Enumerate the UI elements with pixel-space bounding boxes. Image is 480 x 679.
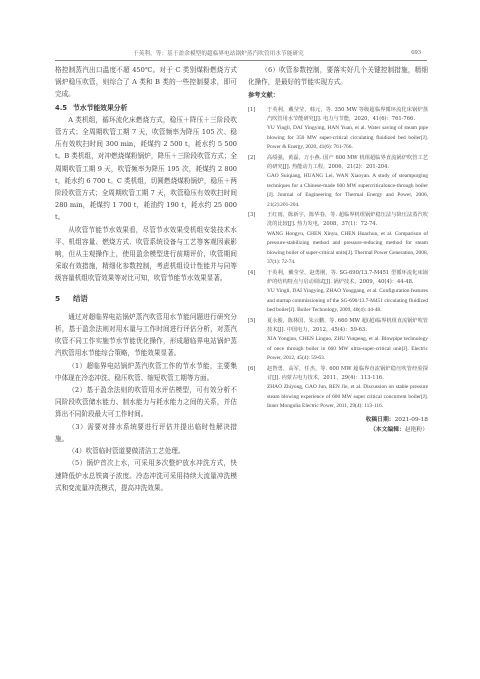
paragraph-units: A 类机组，循环流化床燃烧方式，稳压＋降压＋三阶段吹管方式；全周期吹管工期 7 …: [55, 114, 237, 224]
reference-number: [6]: [248, 365, 267, 412]
paragraph-conclusion: 通过对超临界电站锅炉蒸汽吹管用水节能问题进行研究分析，基于盈余法则对用水量与工作…: [55, 311, 237, 360]
running-header: 于英利，等：基于盈余模型的超临界电站锅炉蒸汽吹管用水节能研究 693: [55, 49, 427, 60]
reference-number: [5]: [248, 317, 267, 364]
reference-item: [4] 于英利，戴莹莹，赵勇刚，等. SG-690/13.7-M451 型循环流…: [248, 269, 428, 316]
reference-cn: 高绥强，黄磊，万小燕. 国产 600 MW 机组超临界直流锅炉吹管工艺的研究[J…: [267, 154, 428, 173]
reference-en: YU Yingli, DAI Yingying, HAN Yuan, et al…: [267, 124, 428, 152]
reference-cn: 于英利，戴莹莹，韩元，等. 350 MW 等级超临界循环流化床锅炉蒸汽吹管用水节…: [267, 106, 428, 125]
conclusion-item-5: （5）锅炉首次上水，可采用多次整炉放水冲洗方式，快速降低炉水总铁离子浓度。冷态冲…: [55, 457, 237, 494]
conclusion-item-2: （2）基于盈余法则的吹管用水评估模型，可有效分析不同阶段吹管储水能力、制水能力与…: [55, 384, 237, 421]
received-value: 2021-09-18: [395, 417, 428, 423]
reference-cn: 于英利，戴莹莹，赵勇刚，等. SG-690/13.7-M451 型循环流化床锅炉…: [267, 269, 428, 288]
paragraph-effect: 从吹管节能节水效果看，尽管节水效果受机组安装技术水平、机组容量、燃烧方式、吹管系…: [55, 224, 237, 285]
section-number: 4.5: [55, 102, 73, 114]
paragraph-continued: 格控制蒸汽出口温度不超 450℃。对于 C 类别煤粉燃烧方式锅炉稳压吹管，则综合…: [55, 64, 237, 101]
reference-en: WANG Hongyu, CHEN Xinyu, CHEN Huachun, e…: [267, 230, 428, 268]
section-heading-4-5: 4.5节水节能效果分析: [55, 102, 237, 114]
reference-en: ZHAO Zhiyong, GAO Jun, REN Jie, et al. D…: [267, 383, 428, 411]
page-number: 693: [411, 49, 421, 56]
references-heading: 参考文献：: [248, 90, 428, 102]
header-rule: [55, 60, 427, 61]
reference-list: [1] 于英利，戴莹莹，韩元，等. 350 MW 等级超临界循环流化床锅炉蒸汽吹…: [248, 106, 428, 412]
reference-item: [1] 于英利，戴莹莹，韩元，等. 350 MW 等级超临界循环流化床锅炉蒸汽吹…: [248, 106, 428, 153]
reference-en: GAO Suiqiang, HUANG Lei, WAN Xiaoyan. A …: [267, 172, 428, 210]
editor-label: （本文编辑：: [370, 427, 405, 433]
reference-number: [4]: [248, 269, 267, 316]
running-title: 于英利，等：基于盈余模型的超临界电站锅炉蒸汽吹管用水节能研究: [133, 49, 304, 57]
reference-item: [6] 赵智勇，高军，任杰，等. 600 MW 超临界直流锅炉稳压吹管经验探讨[…: [248, 365, 428, 412]
reference-cn: 夏永俊，陈林国，朱云鹏，等. 660 MW 超(超)临界机组直流锅炉吹管技术[J…: [267, 317, 428, 336]
section-title: 节水节能效果分析: [73, 104, 127, 112]
conclusion-item-6: （6）吹管参数控制，要落实好几个关键控制措施，精细化操作，是最好的节能实现方式。: [248, 64, 428, 88]
section-heading-5: 5结语: [55, 293, 237, 305]
reference-cn: 王红雨，陈新宇，陈华春，等. 超临界机组锅炉稳压法与降压法蒸汽吹洗的比较[J].…: [267, 211, 428, 230]
received-label: 收稿日期：: [366, 417, 395, 423]
reference-en: YU Yingli, DAI Yingying, ZHAO Yonggang, …: [267, 287, 428, 315]
received-date: 收稿日期：2021-09-18: [248, 415, 428, 425]
section-title: 结语: [73, 294, 88, 303]
right-column: （6）吹管参数控制，要落实好几个关键控制措施，精细化操作，是最好的节能实现方式。…: [248, 64, 428, 435]
conclusion-item-3: （3）需要对排水系统要进行评估并提出临时性解决措施。: [55, 421, 237, 445]
reference-item: [2] 高绥强，黄磊，万小燕. 国产 600 MW 机组超临界直流锅炉吹管工艺的…: [248, 154, 428, 210]
left-column: 格控制蒸汽出口温度不超 450℃。对于 C 类别煤粉燃烧方式锅炉稳压吹管，则综合…: [55, 64, 237, 494]
reference-en: XIA Yongjun, CHEN Linguo, ZHU Yunpeng, e…: [267, 335, 428, 363]
reference-cn: 赵智勇，高军，任杰，等. 600 MW 超临界直流锅炉稳压吹管经验探讨[J]. …: [267, 365, 428, 384]
section-number: 5: [55, 293, 73, 305]
conclusion-item-1: （1）超临界电站锅炉蒸汽吹管工作的节水节能，主要集中体现在冷态冲洗、稳压吹管、缩…: [55, 360, 237, 384]
conclusion-item-4: （4）吹管临时管道要做清洁工艺处理。: [55, 445, 237, 457]
reference-item: [5] 夏永俊，陈林国，朱云鹏，等. 660 MW 超(超)临界机组直流锅炉吹管…: [248, 317, 428, 364]
reference-number: [3]: [248, 211, 267, 267]
editor-name: 赵艳粉）: [405, 427, 428, 433]
reference-item: [3] 王红雨，陈新宇，陈华春，等. 超临界机组锅炉稳压法与降压法蒸汽吹洗的比较…: [248, 211, 428, 267]
reference-number: [1]: [248, 106, 267, 153]
editor-note: （本文编辑：赵艳粉）: [248, 425, 428, 435]
reference-number: [2]: [248, 154, 267, 210]
